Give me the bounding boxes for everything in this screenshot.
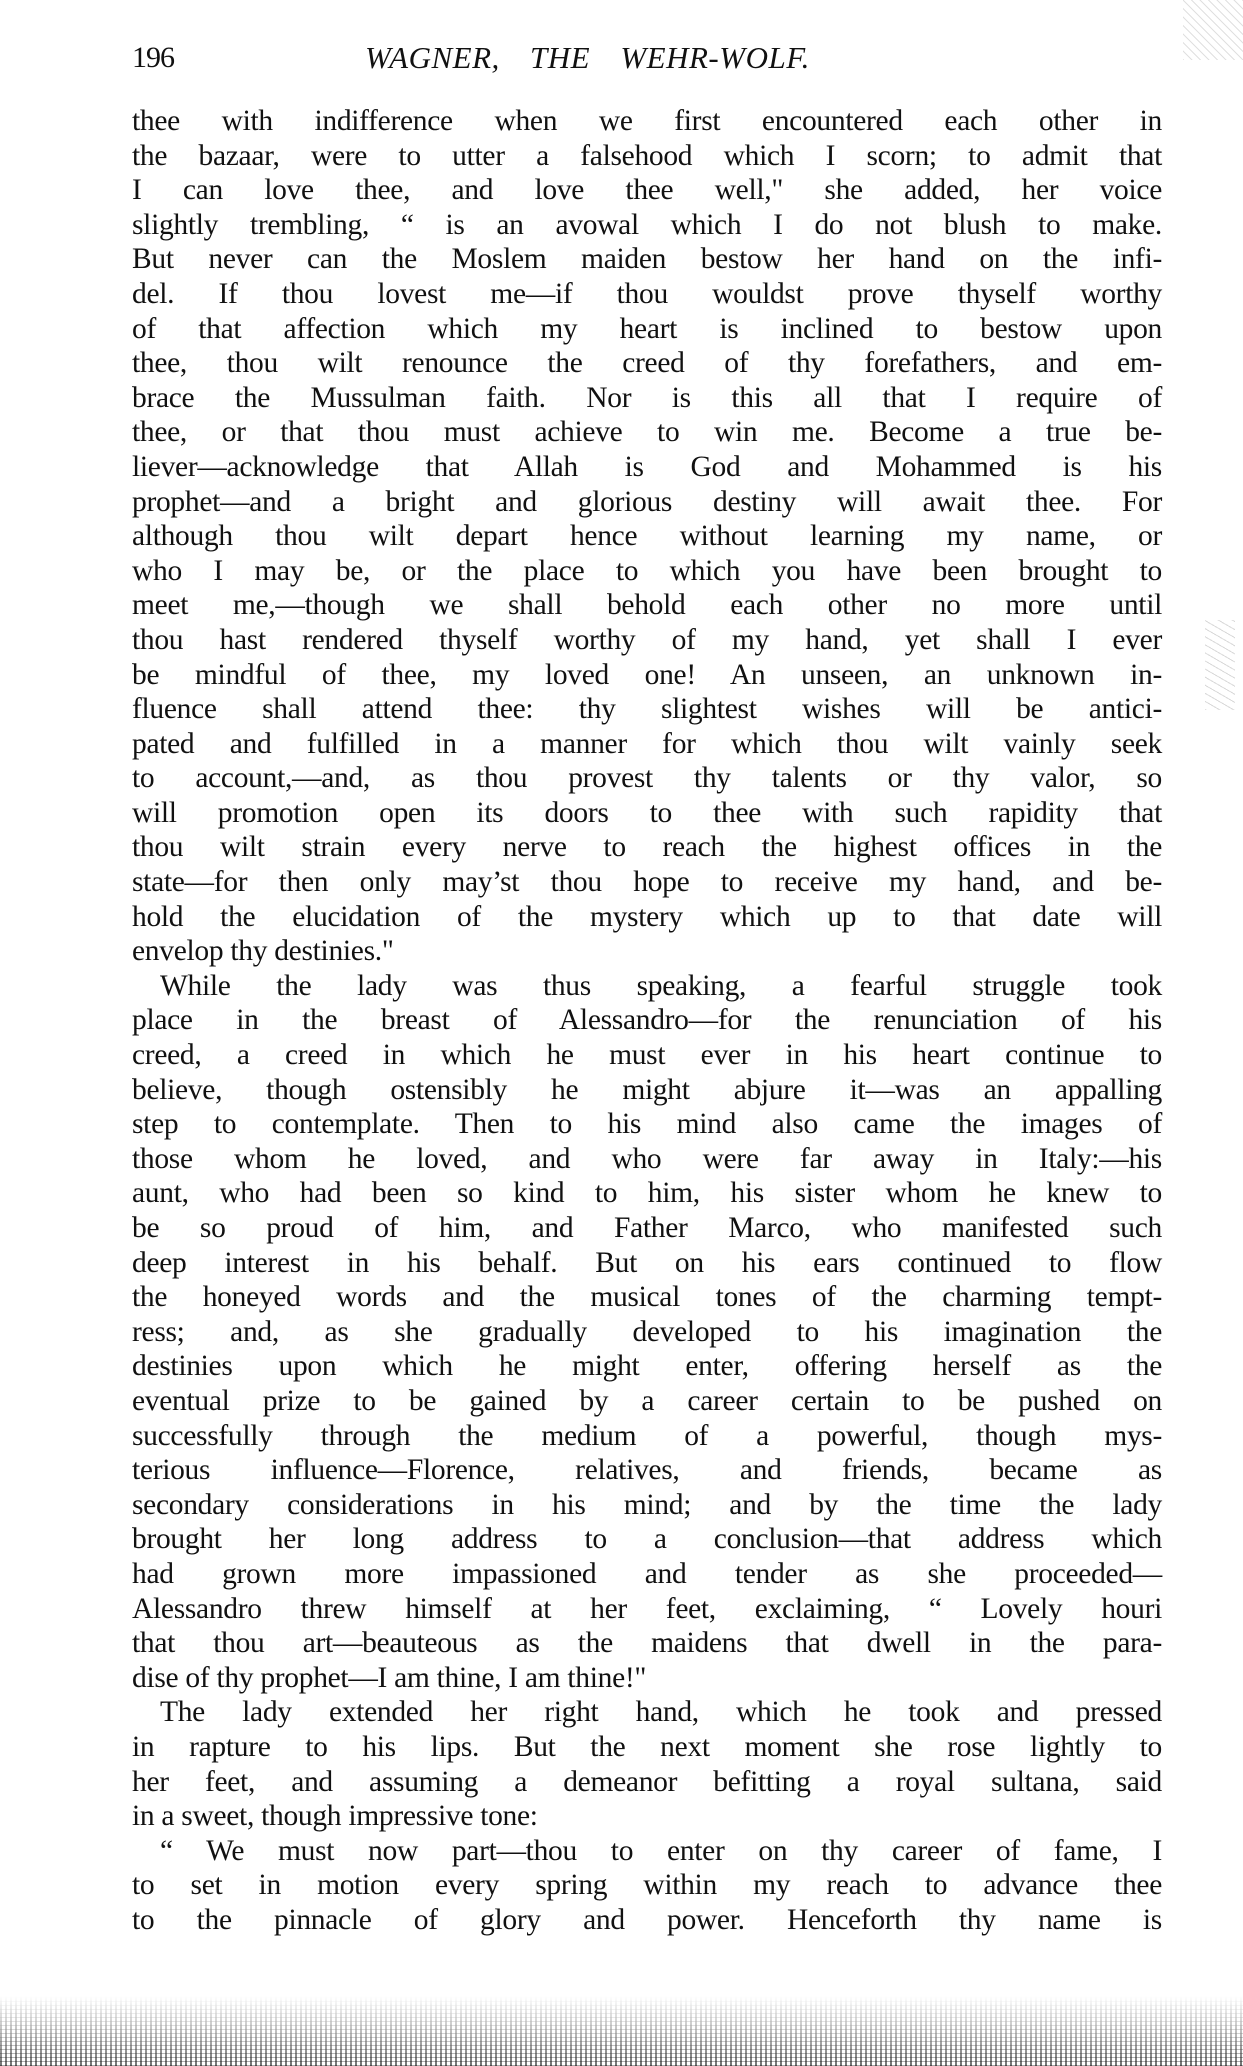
text-line: had grown more impassioned and tender as…	[132, 1557, 1162, 1592]
text-line: hold the elucidation of the mystery whic…	[132, 900, 1162, 935]
text-line: of that affection which my heart is incl…	[132, 312, 1162, 347]
text-line: although thou wilt depart hence without …	[132, 519, 1162, 554]
scan-noise-margin	[1205, 620, 1235, 710]
running-title: WAGNER, THE WEHR-WOLF.	[365, 38, 810, 78]
text-line: I can love thee, and love thee well," sh…	[132, 173, 1162, 208]
text-line: to the pinnacle of glory and power. Henc…	[132, 1903, 1162, 1938]
text-line: her feet, and assuming a demeanor befitt…	[132, 1765, 1162, 1800]
text-line: the bazaar, were to utter a falsehood wh…	[132, 139, 1162, 174]
text-line: believe, though ostensibly he might abju…	[132, 1073, 1162, 1108]
text-line: aunt, who had been so kind to him, his s…	[132, 1176, 1162, 1211]
text-line: fluence shall attend thee: thy slightest…	[132, 692, 1162, 727]
text-line: del. If thou lovest me—if thou wouldst p…	[132, 277, 1162, 312]
text-line: meet me,—though we shall behold each oth…	[132, 588, 1162, 623]
text-line: state—for then only may’st thou hope to …	[132, 865, 1162, 900]
text-line: in rapture to his lips. But the next mom…	[132, 1730, 1162, 1765]
text-line: pated and fulfilled in a manner for whic…	[132, 727, 1162, 762]
text-line: brought her long address to a conclusion…	[132, 1522, 1162, 1557]
text-line: be so proud of him, and Father Marco, wh…	[132, 1211, 1162, 1246]
text-line: slightly trembling, “ is an avowal which…	[132, 208, 1162, 243]
text-line: destinies upon which he might enter, off…	[132, 1349, 1162, 1384]
text-line: thou wilt strain every nerve to reach th…	[132, 830, 1162, 865]
text-line: brace the Mussulman faith. Nor is this a…	[132, 381, 1162, 416]
page-number: 196	[132, 38, 174, 78]
text-line: secondary considerations in his mind; an…	[132, 1488, 1162, 1523]
text-line: who I may be, or the place to which you …	[132, 554, 1162, 589]
text-line: eventual prize to be gained by a career …	[132, 1384, 1162, 1419]
body-text: thee with indifference when we first enc…	[132, 104, 1162, 1937]
text-line: Alessandro threw himself at her feet, ex…	[132, 1592, 1162, 1627]
text-line: prophet—and a bright and glorious destin…	[132, 485, 1162, 520]
text-line: step to contemplate. Then to his mind al…	[132, 1107, 1162, 1142]
book-page: 196 WAGNER, THE WEHR-WOLF. thee with ind…	[0, 0, 1243, 2066]
text-line: that thou art—beauteous as the maidens t…	[132, 1626, 1162, 1661]
scan-noise-bottom	[0, 1996, 1243, 2066]
text-line: in a sweet, though impressive tone:	[132, 1799, 1162, 1834]
text-line: The lady extended her right hand, which …	[132, 1695, 1162, 1730]
text-line: But never can the Moslem maiden bestow h…	[132, 242, 1162, 277]
text-line: ress; and, as she gradually developed to…	[132, 1315, 1162, 1350]
text-line: While the lady was thus speaking, a fear…	[132, 969, 1162, 1004]
text-line: deep interest in his behalf. But on his …	[132, 1246, 1162, 1281]
text-line: dise of thy prophet—I am thine, I am thi…	[132, 1661, 1162, 1696]
text-line: will promotion open its doors to thee wi…	[132, 796, 1162, 831]
running-head: 196 WAGNER, THE WEHR-WOLF.	[132, 38, 1162, 78]
text-line: be mindful of thee, my loved one! An uns…	[132, 658, 1162, 693]
text-line: place in the breast of Alessandro—for th…	[132, 1003, 1162, 1038]
text-line: thee with indifference when we first enc…	[132, 104, 1162, 139]
text-line: liever—acknowledge that Allah is God and…	[132, 450, 1162, 485]
text-line: “ We must now part—thou to enter on thy …	[132, 1834, 1162, 1869]
text-line: thee, thou wilt renounce the creed of th…	[132, 346, 1162, 381]
text-line: successfully through the medium of a pow…	[132, 1419, 1162, 1454]
scan-noise-corner	[1183, 0, 1243, 60]
text-line: to account,—and, as thou provest thy tal…	[132, 761, 1162, 796]
text-line: to set in motion every spring within my …	[132, 1868, 1162, 1903]
text-line: those whom he loved, and who were far aw…	[132, 1142, 1162, 1177]
text-line: terious influence—Florence, relatives, a…	[132, 1453, 1162, 1488]
text-line: thou hast rendered thyself worthy of my …	[132, 623, 1162, 658]
text-line: thee, or that thou must achieve to win m…	[132, 415, 1162, 450]
text-line: creed, a creed in which he must ever in …	[132, 1038, 1162, 1073]
text-line: the honeyed words and the musical tones …	[132, 1280, 1162, 1315]
text-line: envelop thy destinies."	[132, 934, 1162, 969]
